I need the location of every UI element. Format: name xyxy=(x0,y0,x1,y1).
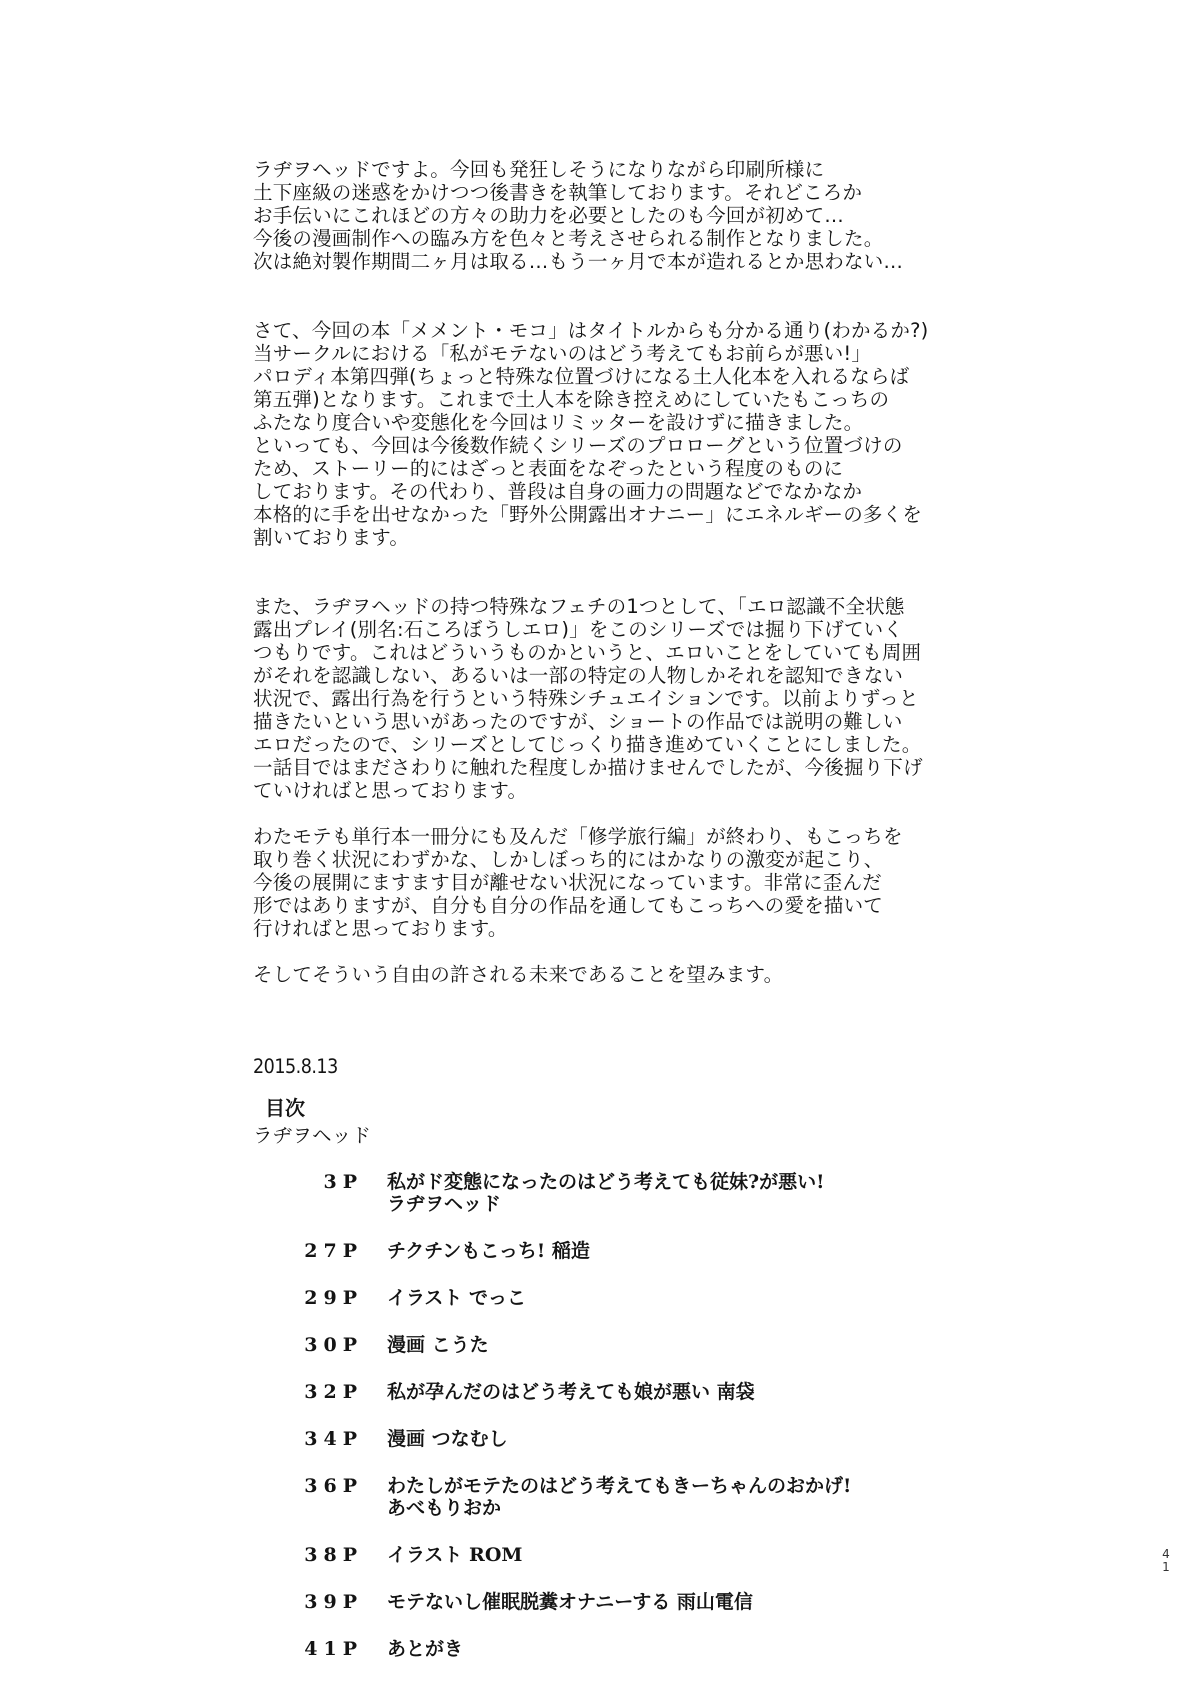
toc-item: 30P 漫画 こうた xyxy=(285,1334,985,1356)
toc-entry-text: わたしがモテたのはどう考えてもきーちゃんのおかげ! あべもりおか xyxy=(387,1475,851,1519)
afterword-paragraph: また、ラヂヲヘッドの持つ特殊なフェチの1つとして、「エロ認識不全状態 露出プレイ… xyxy=(253,595,973,802)
toc-entry-text: 私が孕んだのはどう考えても娘が悪い 南袋 xyxy=(387,1381,755,1403)
toc-entry-text: モテないし催眠脱糞オナニーする 雨山電信 xyxy=(387,1591,753,1613)
toc-entry-text: 漫画 つなむし xyxy=(387,1428,508,1450)
toc-item: 38P イラスト ROM xyxy=(285,1544,985,1566)
toc-item: 34P 漫画 つなむし xyxy=(285,1428,985,1450)
toc-page-number: 39P xyxy=(285,1591,387,1613)
toc-item: 3P 私がド変態になったのはどう考えても従妹?が悪い! ラヂヲヘッド xyxy=(285,1171,985,1215)
afterword-paragraph: わたモテも単行本一冊分にも及んだ「修学旅行編」が終わり、もこっちを 取り巻く状況… xyxy=(253,825,973,940)
toc-title: 目次 xyxy=(265,1092,965,1121)
page-number: 4 1 xyxy=(1160,1548,1172,1574)
toc-item: 27P チクチンもこっち! 稲造 xyxy=(285,1240,985,1262)
toc-page-number: 38P xyxy=(285,1544,387,1566)
toc-page-number: 30P xyxy=(285,1334,387,1356)
toc-item: 29P イラスト でっこ xyxy=(285,1287,985,1309)
toc-list: 3P 私がド変態になったのはどう考えても従妹?が悪い! ラヂヲヘッド 27P チ… xyxy=(285,1171,985,1660)
toc-page-number: 3P xyxy=(285,1171,387,1215)
toc-entry-text: 私がド変態になったのはどう考えても従妹?が悪い! ラヂヲヘッド xyxy=(387,1171,824,1215)
page-number-digit: 1 xyxy=(1160,1561,1172,1574)
toc-item: 32P 私が孕んだのはどう考えても娘が悪い 南袋 xyxy=(285,1381,985,1403)
table-of-contents: 目次 3P 私がド変態になったのはどう考えても従妹?が悪い! ラヂヲヘッド 27… xyxy=(265,1092,965,1685)
toc-page-number: 41P xyxy=(285,1638,387,1660)
afterword-section: ラヂヲヘッドですよ。今回も発狂しそうになりながら印刷所様に 土下座級の迷惑をかけ… xyxy=(253,158,973,1193)
toc-entry-text: 漫画 こうた xyxy=(387,1334,489,1356)
afterword-paragraph: そしてそういう自由の許される未来であることを望みます。 xyxy=(253,963,973,986)
toc-page-number: 32P xyxy=(285,1381,387,1403)
toc-item: 39P モテないし催眠脱糞オナニーする 雨山電信 xyxy=(285,1591,985,1613)
toc-page-number: 36P xyxy=(285,1475,387,1519)
toc-entry-text: チクチンもこっち! 稲造 xyxy=(387,1240,590,1262)
toc-entry-text: あとがき xyxy=(387,1638,463,1660)
signoff-date: 2015.8.13 xyxy=(253,1055,973,1078)
toc-page-number: 27P xyxy=(285,1240,387,1262)
afterword-paragraph: さて、今回の本「メメント・モコ」はタイトルからも分かる通り(わかるか?) 当サー… xyxy=(253,319,973,549)
toc-page-number: 34P xyxy=(285,1428,387,1450)
toc-entry-text: イラスト でっこ xyxy=(387,1287,526,1309)
toc-item: 36P わたしがモテたのはどう考えてもきーちゃんのおかげ! あべもりおか xyxy=(285,1475,985,1519)
toc-entry-text: イラスト ROM xyxy=(387,1544,522,1566)
toc-item: 41P あとがき xyxy=(285,1638,985,1660)
toc-page-number: 29P xyxy=(285,1287,387,1309)
afterword-paragraph: ラヂヲヘッドですよ。今回も発狂しそうになりながら印刷所様に 土下座級の迷惑をかけ… xyxy=(253,158,973,273)
